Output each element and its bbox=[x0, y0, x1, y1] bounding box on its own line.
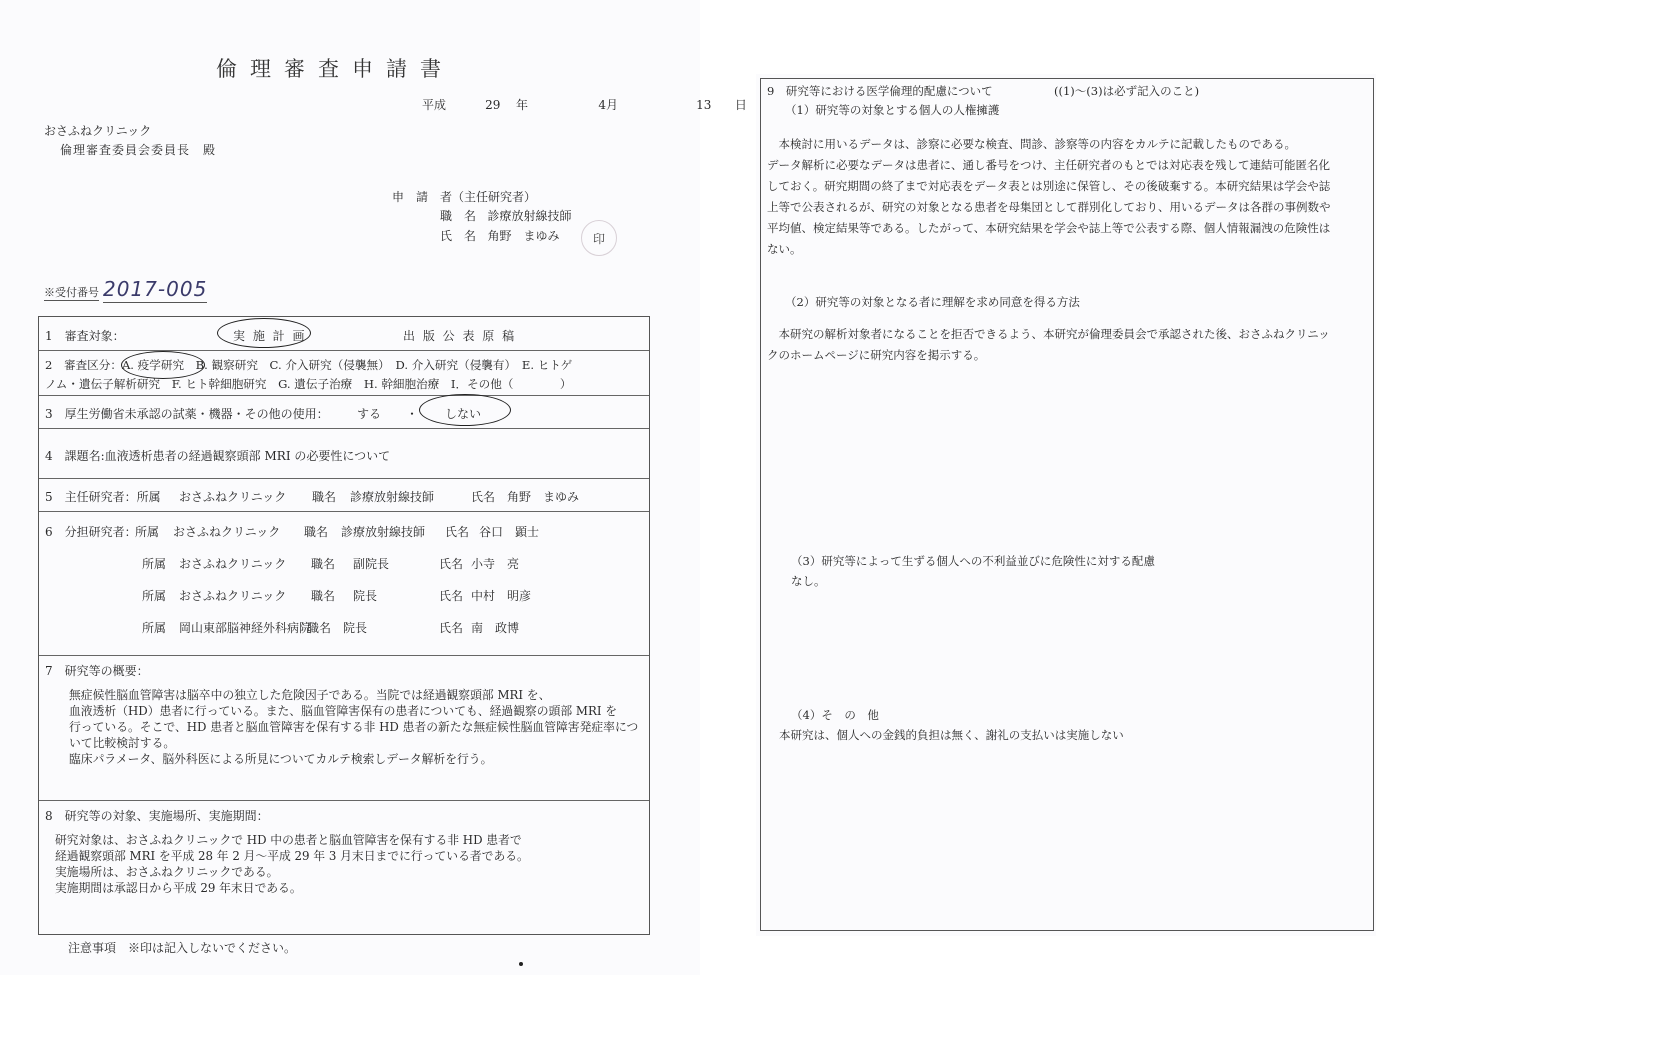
co-investigator-job: 診療放射線技師 bbox=[341, 523, 425, 540]
s5-affiliation: おさふねクリニック bbox=[179, 488, 286, 505]
co-investigator-aff-label: 所属 bbox=[142, 555, 166, 572]
section-1-review-target: 1 審査対象： 実 施 計 画 出 版 公 表 原 稿 bbox=[39, 317, 649, 351]
co-investigator-name: 中村 明彦 bbox=[471, 587, 531, 604]
s5-job: 診療放射線技師 bbox=[350, 488, 434, 505]
s3-selection-circle bbox=[419, 394, 511, 426]
co-investigator-job-label: 職名 bbox=[304, 523, 328, 540]
applicant-job: 職 名 診療放射線技師 bbox=[440, 207, 571, 224]
q3-title: （3）研究等によって生ずる個人への不利益並びに危険性に対する配慮 bbox=[791, 553, 1155, 569]
co-investigator-job: 院長 bbox=[343, 619, 367, 636]
ethics-considerations-form: 9 研究等における医学倫理的配慮について ((1)〜(3)は必ず記入のこと) （… bbox=[760, 78, 1374, 931]
document-title: 倫理審査申請書 bbox=[216, 53, 454, 83]
date-year: 29 bbox=[485, 98, 500, 112]
section-6-co-investigators: 6 分担研究者： 所属おさふねクリニック職名診療放射線技師氏名谷口 顕士所属おさ… bbox=[39, 512, 649, 656]
s1-selection-circle bbox=[217, 318, 311, 348]
co-investigator-affiliation: 岡山東部脳神経外科病院 bbox=[179, 619, 311, 636]
application-date: 平成 29 年 4月 13 日 bbox=[422, 96, 747, 113]
s5-job-label: 職名 bbox=[312, 488, 336, 505]
s9-header-note: ((1)〜(3)は必ず記入のこと) bbox=[1054, 83, 1199, 99]
co-investigator-job: 副院長 bbox=[353, 555, 389, 572]
section-7-summary: 7 研究等の概要： 無症候性脳血管障害は脳卒中の独立した危険因子である。当院では… bbox=[39, 656, 649, 801]
applicant-job-value: 診療放射線技師 bbox=[487, 209, 571, 223]
co-investigator-name: 小寺 亮 bbox=[471, 555, 519, 572]
s8-label: 8 研究等の対象、実施場所、実施期間： bbox=[45, 807, 269, 824]
applicant-name-label: 氏 名 bbox=[440, 229, 476, 243]
co-investigator-aff-label: 所属 bbox=[142, 619, 166, 636]
s7-body: 無症候性脳血管障害は脳卒中の独立した危険因子である。当院では経過観察頭部 MRI… bbox=[69, 687, 638, 767]
co-investigator-aff-label: 所属 bbox=[142, 587, 166, 604]
s6-label: 6 分担研究者： bbox=[45, 523, 137, 540]
seal-stamp-icon: 印 bbox=[581, 220, 617, 256]
co-investigator-affiliation: おさふねクリニック bbox=[179, 587, 286, 604]
receipt-number: ※受付番号2017-005 bbox=[44, 277, 207, 301]
s5-name-label: 氏名 bbox=[471, 488, 495, 505]
co-investigator-job: 院長 bbox=[353, 587, 377, 604]
q1-body: 本検討に用いるデータは、診察に必要な検査、問診、診察等の内容をカルテに記載したも… bbox=[767, 134, 1331, 260]
co-investigator-name: 谷口 顕士 bbox=[479, 523, 539, 540]
co-investigator-affiliation: おさふねクリニック bbox=[179, 555, 286, 572]
s4-title: 4 課題名:血液透析患者の経過観察頭部 MRI の必要性について bbox=[45, 447, 390, 464]
co-investigator-name: 南 政博 bbox=[471, 619, 519, 636]
date-year-unit: 年 bbox=[516, 96, 528, 113]
receipt-handwritten-number: 2017-005 bbox=[103, 277, 207, 303]
receipt-label: ※受付番号 bbox=[44, 286, 99, 301]
co-investigator-job-label: 職名 bbox=[311, 587, 335, 604]
footnote: 注意事項 ※印は記入しないでください。 bbox=[68, 939, 296, 956]
date-day: 13 bbox=[696, 98, 711, 112]
section-5-principal-investigator: 5 主任研究者：所属 おさふねクリニック 職名 診療放射線技師 氏名 角野 まゆ… bbox=[39, 479, 649, 512]
co-investigator-aff-label: 所属 bbox=[135, 523, 159, 540]
s7-label: 7 研究等の概要： bbox=[45, 662, 149, 679]
s3-separator: ・ bbox=[406, 405, 418, 422]
addressee-recipient: 倫理審査委員会委員長 殿 bbox=[60, 141, 216, 158]
applicant-job-label: 職 名 bbox=[440, 209, 476, 223]
s3-label: 3 厚生労働省未承認の試薬・機器・その他の使用： bbox=[45, 405, 329, 422]
applicant-name: 氏 名 角野 まゆみ bbox=[440, 227, 559, 244]
section-4-project-title: 4 課題名:血液透析患者の経過観察頭部 MRI の必要性について bbox=[39, 429, 649, 479]
date-day-unit: 日 bbox=[735, 96, 747, 113]
s8-body: 研究対象は、おさふねクリニックで HD 中の患者と脳血管障害を保有する非 HD … bbox=[55, 832, 529, 896]
date-era: 平成 bbox=[422, 96, 446, 113]
applicant-name-value: 角野 まゆみ bbox=[487, 229, 559, 243]
section-8-subjects-location-period: 8 研究等の対象、実施場所、実施期間： 研究対象は、おさふねクリニックで HD … bbox=[39, 801, 649, 934]
addressee-organization: おさふねクリニック bbox=[44, 122, 151, 139]
date-month: 4月 bbox=[598, 96, 618, 113]
co-investigator-name-label: 氏名 bbox=[439, 587, 463, 604]
application-form: 1 審査対象： 実 施 計 画 出 版 公 表 原 稿 2 審査区分：A. 疫学… bbox=[38, 316, 650, 935]
s5-label: 5 主任研究者：所属 bbox=[45, 488, 161, 505]
s5-name: 角野 まゆみ bbox=[507, 488, 579, 505]
scan-speck bbox=[519, 962, 523, 966]
q2-title: （2）研究等の対象となる者に理解を求め同意を得る方法 bbox=[785, 294, 1080, 310]
co-investigator-name-label: 氏名 bbox=[439, 619, 463, 636]
seal-text: 印 bbox=[593, 230, 605, 247]
co-investigator-job-label: 職名 bbox=[307, 619, 331, 636]
s3-option-yes: する bbox=[357, 405, 381, 422]
section-3-unapproved-use: 3 厚生労働省未承認の試薬・機器・その他の使用： する ・ しない bbox=[39, 396, 649, 429]
s2-selection-circle bbox=[121, 351, 205, 379]
applicant-label: 申 請 者（主任研究者） bbox=[392, 188, 536, 205]
s9-header: 9 研究等における医学倫理的配慮について bbox=[767, 83, 993, 99]
s2-line-2: ノム・遺伝子解析研究 F. ヒト幹細胞研究 G. 遺伝子治療 H. 幹細胞治療 … bbox=[45, 376, 571, 392]
q3-body: なし。 bbox=[791, 573, 826, 589]
co-investigator-name-label: 氏名 bbox=[445, 523, 469, 540]
section-2-review-category: 2 審査区分：A. 疫学研究 B. 観察研究 C. 介入研究（侵襲無） D. 介… bbox=[39, 351, 649, 396]
q2-body: 本研究の解析対象者になることを拒否できるよう、本研究が倫理委員会で承認された後、… bbox=[767, 324, 1330, 366]
co-investigator-affiliation: おさふねクリニック bbox=[173, 523, 280, 540]
s1-label: 1 審査対象： bbox=[45, 327, 125, 344]
q4-body: 本研究は、個人への金銭的負担は無く、謝礼の支払いは実施しない bbox=[779, 727, 1124, 743]
s1-option-publication: 出 版 公 表 原 稿 bbox=[403, 327, 516, 344]
q1-title: （1）研究等の対象とする個人の人権擁護 bbox=[785, 102, 999, 118]
co-investigator-name-label: 氏名 bbox=[439, 555, 463, 572]
q4-title: （4）そ の 他 bbox=[791, 707, 879, 723]
co-investigator-job-label: 職名 bbox=[311, 555, 335, 572]
